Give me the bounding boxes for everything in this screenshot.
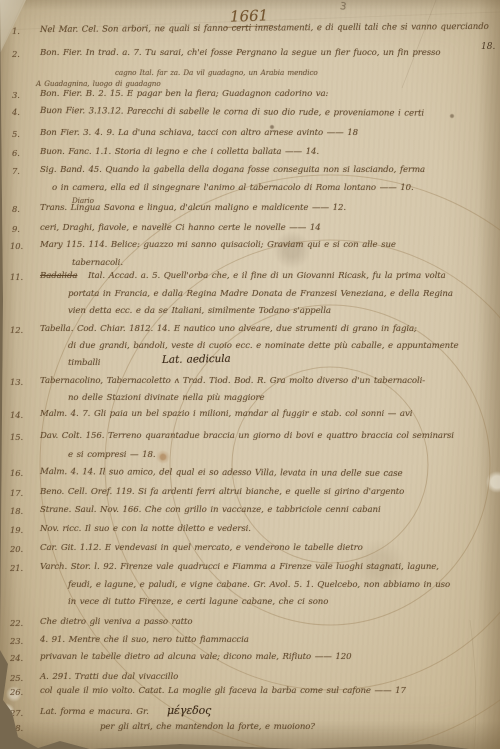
entry-26-num: 26. [10, 687, 23, 697]
entry-3-num: 3. [12, 90, 20, 100]
entry-26-text: col quale il mio volto. Catat. La moglie… [40, 686, 406, 696]
entry-24-num: 24. [10, 653, 23, 663]
entry-28-text: per gli altri, che mantendon la forte, e… [100, 722, 315, 732]
entry-13-text: Tabernacolino, Tabernacoletto ʌ Trad. Ti… [40, 376, 425, 386]
entry-20-num: 20. [10, 544, 23, 554]
manuscript-page: 1661 3 18. 1.Nel Mar. Cel. Son arbori, n… [0, 0, 500, 749]
entry-18-num: 18. [10, 506, 23, 516]
entry-21-cont-2: in vece di tutto Firenze, e certi lagune… [68, 597, 328, 607]
entry-27-text: Lat. forma e macura. Gr. [40, 707, 149, 717]
entry-6-num: 6. [12, 148, 20, 158]
entry-24-text: privavan le tabelle dietro ad alcuna val… [40, 652, 351, 662]
entry-23-num: 23. [10, 636, 23, 646]
page-number: 18. [481, 42, 495, 52]
entry-28-num: 28. [10, 723, 23, 733]
entry-20-text: Car. Git. 1.12. E vendevasi in quel merc… [40, 543, 363, 553]
entry-22-num: 22. [10, 618, 23, 628]
entry-3-interline-1: cagno Ital. far za. Da vil guadagno, un … [115, 68, 318, 77]
entry-2-text: Bon. Fier. In trad. a. 7. Tu sarai, ch'e… [40, 48, 440, 58]
entry-21-text: Varch. Stor. l. 92. Firenze vale quadruc… [40, 562, 439, 572]
entry-11-struck-word: Badalida [40, 271, 77, 281]
entry-13-cont: no delle Stazioni divinate nella più mag… [68, 393, 264, 403]
entry-22-text: Che dietro gli veniva a passo ratto [40, 617, 192, 627]
entry-23-text: 4. 91. Mentre che il suo, nero tutto fia… [40, 635, 249, 645]
entry-12-text: Tabella. Cod. Chiar. 1812. 14. E nautico… [40, 324, 417, 334]
entry-3-interline-2: A Guadagnina, luogo di guadagno [36, 79, 161, 88]
entry-10-num: 10. [10, 241, 23, 251]
entry-11-num: 11. [10, 272, 23, 282]
entry-10-text: Mary 115. 114. Belice: guazzo mi sanno q… [40, 240, 396, 250]
entry-9-num: 9. [12, 224, 20, 234]
entry-6-text: Buon. Fanc. 1.1. Storia di legno e che i… [40, 147, 319, 157]
entry-16-num: 16. [10, 468, 23, 478]
entry-10-cont: tabernacoli. [72, 258, 123, 268]
entry-14-text: Malm. 4. 7. Gli paia un bel spazio i mil… [40, 409, 412, 419]
entry-9-text: ceri, Draghi, fiavole, e navelle Ci hann… [40, 223, 321, 233]
entry-17-num: 17. [10, 488, 23, 498]
entry-7-cont: o in camera, ella ed il singegnare l'ani… [52, 183, 414, 193]
entry-11-cont-2: vien detta ecc. e da se Italiani, similm… [68, 306, 331, 316]
entry-11-cont-1: portata in Francia, e dalla Regina Madre… [68, 289, 453, 299]
entry-12-num: 12. [10, 325, 23, 335]
entry-8-text: Trans. Lingua Savona e lingua, d'alcun m… [40, 203, 346, 213]
entry-5-text: Bon Fier. 3. 4. 9. La d'una schiava, tac… [40, 128, 358, 138]
entry-19-num: 19. [10, 525, 23, 535]
entry-7-text: Sig. Band. 45. Quando la gabella della d… [40, 165, 425, 175]
entry-7-num: 7. [12, 166, 20, 176]
entry-16-text: Malm. 4. 14. Il suo amico, del qual ei s… [40, 467, 403, 479]
crease-top-right [402, 0, 436, 88]
entry-8-num: 8. [12, 204, 20, 214]
paper-fold-corner [0, 0, 32, 60]
entry-4-num: 4. [12, 107, 20, 117]
entry-18-text: Strane. Saul. Nov. 166. Che con grillo i… [40, 505, 381, 515]
latin-insertion: Lat. aedicula [162, 353, 231, 366]
greek-insertion: μέγεδος [167, 704, 211, 717]
entry-21-cont-1: feudi, e lagune, e paludi, e vigne caban… [68, 580, 450, 590]
entry-19-text: Nov. ricc. Il suo e con la notte diletto… [40, 524, 251, 534]
entry-15-text: Dav. Colt. 156. Terreno quarantadue brac… [40, 431, 454, 441]
entry-25-num: 25. [10, 673, 23, 683]
entry-21-num: 21. [10, 563, 23, 573]
entry-13-num: 13. [10, 377, 23, 387]
entry-12-cont-2: timballi [68, 358, 100, 368]
entry-11-text: Ital. Accad. a. 5. Quell'orba che, e il … [88, 271, 446, 281]
entry-15-cont: e si compresi — 18. [68, 450, 156, 460]
entry-17-text: Beno. Cell. Oref. 119. Si fa ardenti fer… [40, 487, 404, 497]
entry-25-text: A. 291. Tratti due dal vivaccillo [40, 672, 178, 682]
entry-3-text: Bon. Fier. B. 2. 15. E pagar ben la fier… [40, 89, 328, 99]
entry-5-num: 5. [12, 129, 20, 139]
entry-14-num: 14. [10, 410, 23, 420]
entry-27-num: 27. [10, 708, 23, 718]
entry-15-num: 15. [10, 432, 23, 442]
entry-12-cont-1: di due grandi, bandoli, veste di cuoio e… [68, 341, 458, 351]
